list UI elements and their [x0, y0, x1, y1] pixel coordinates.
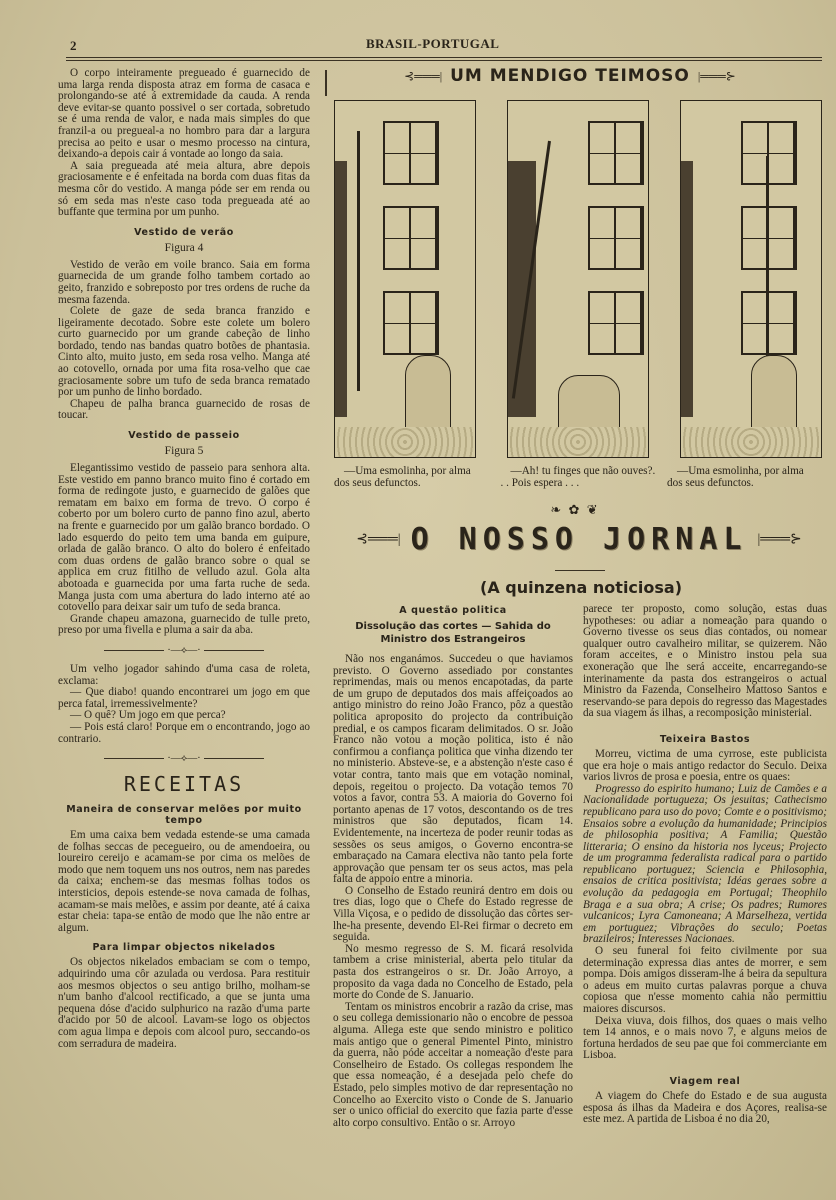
comic-panel-3: [680, 100, 822, 458]
recipe-text: Os objectos nikelados embaciam se com o …: [58, 957, 310, 1050]
scroll-ornament-icon: |═══⊱: [698, 69, 736, 84]
paragraph: Vestido de verão em voile branco. Saia e…: [58, 260, 310, 306]
window-illustration: [383, 121, 439, 185]
paragraph: Colete de gaze de seda branca franzido e…: [58, 306, 310, 399]
newspaper-page: 2 BRASIL-PORTUGAL O corpo inteiramente p…: [0, 0, 836, 1200]
scroll-ornament-icon: ⊰═══|: [356, 531, 400, 548]
column-rule: [325, 70, 327, 96]
figure-label: Figura 4: [58, 242, 310, 254]
heading-nikelados: Para limpar objectos nikelados: [58, 942, 310, 953]
left-column: O corpo inteiramente pregueado é guarnec…: [58, 68, 310, 1050]
middle-column: A questão politica Dissolução das cortes…: [333, 605, 573, 1129]
paragraph: parece ter proposto, como solução, estas…: [583, 604, 827, 720]
anecdote-line: — Pois está claro! Porque em o encontran…: [58, 722, 310, 745]
comic-panel-1: [334, 100, 476, 458]
scroll-ornament-icon: ⊰═══|: [404, 69, 442, 84]
heading-questao-politica: A questão politica: [333, 605, 573, 616]
window-illustration: [741, 291, 797, 355]
heading-meloes: Maneira de conservar melões por muito te…: [58, 804, 310, 826]
window-illustration: [383, 291, 439, 355]
window-illustration: [741, 121, 797, 185]
paragraph: O seu funeral foi feito civilmente por s…: [583, 946, 827, 1016]
window-illustration: [741, 206, 797, 270]
paragraph: Deixa viuva, dois filhos, dos quaes o ma…: [583, 1016, 827, 1062]
heading-vestido-passeio: Vestido de passeio: [58, 430, 310, 441]
caption-1: —Uma esmolinha, por alma dos seus defunc…: [334, 466, 489, 489]
fleuron-icon: ·—⟡—·: [167, 753, 200, 764]
paragraph: A viagem do Chefe do Estado e de sua aug…: [583, 1091, 827, 1126]
paragraph: Grande chapeu amazona, guarnecido de tul…: [58, 614, 310, 637]
window-illustration: [588, 121, 644, 185]
heading-viagem-real: Viagem real: [583, 1076, 827, 1087]
paragraph: Tentam os ministros encobrir a razão da …: [333, 1002, 573, 1130]
comic-title: ⊰═══| UM MENDIGO TEIMOSO |═══⊱: [360, 66, 780, 86]
section-title-text: O NOSSO JORNAL: [411, 522, 748, 557]
header-rule: [66, 57, 822, 61]
right-column: parece ter proposto, como solução, estas…: [583, 604, 827, 1126]
recipe-text: Em uma caixa bem vedada estende-se uma c…: [58, 830, 310, 934]
comic-captions: —Uma esmolinha, por alma dos seus defunc…: [334, 466, 822, 489]
figure-label: Figura 5: [58, 445, 310, 457]
receitas-title: RECEITAS: [58, 772, 310, 796]
anecdote-line: — Que diabo! quando encontrarei um jogo …: [58, 687, 310, 710]
caption-3: —Uma esmolinha, por alma dos seus defunc…: [667, 466, 822, 489]
heading-vestido-verao: Vestido de verão: [58, 227, 310, 238]
comic-panel-2: [507, 100, 649, 458]
paragraph: Morreu, victima de uma cyrrose, este pub…: [583, 749, 827, 784]
paragraph: Elegantissimo vestido de passeio para se…: [58, 463, 310, 614]
paragraph: Chapeu de palha branca guarnecido de ros…: [58, 399, 310, 422]
paragraph: Não nos enganámos. Succedeu o que haviam…: [333, 654, 573, 886]
masthead: BRASIL-PORTUGAL: [366, 36, 499, 52]
intro-paragraph: A saia pregueada até meia altura, abre d…: [58, 161, 310, 219]
ornament-divider: ·—⟡—·: [58, 645, 310, 656]
short-rule: [555, 570, 605, 571]
intro-paragraph: O corpo inteiramente pregueado é guarnec…: [58, 68, 310, 161]
fleuron-icon: ·—⟡—·: [167, 645, 200, 656]
section-subtitle: (A quinzena noticiosa): [480, 578, 682, 597]
works-list: Progresso do espirito humano; Luiz de Ca…: [583, 784, 827, 946]
heading-teixeira-bastos: Teixeira Bastos: [583, 734, 827, 745]
comic-title-text: UM MENDIGO TEIMOSO: [450, 66, 690, 86]
paragraph: O Conselho de Estado reunirá dentro em d…: [333, 886, 573, 944]
window-illustration: [588, 206, 644, 270]
scroll-ornament-icon: |═══⊱: [757, 531, 801, 548]
comic-strip: [334, 100, 822, 458]
paragraph: No mesmo regresso de S. M. ficará resolv…: [333, 944, 573, 1002]
article-deck: Dissolução das cortes — Sahida do Minist…: [333, 620, 573, 646]
caption-2: —Ah! tu finges que não ouves?. . . Pois …: [501, 466, 656, 489]
page-number: 2: [70, 38, 77, 54]
section-title: ⊰═══| O NOSSO JORNAL |═══⊱: [344, 522, 814, 557]
window-illustration: [588, 291, 644, 355]
window-illustration: [383, 206, 439, 270]
ornament-divider: ·—⟡—·: [58, 753, 310, 764]
fleuron-icon: ❧ ✿ ❦: [475, 502, 675, 518]
anecdote-line: Um velho jogador sahindo d'uma casa de r…: [58, 664, 310, 687]
